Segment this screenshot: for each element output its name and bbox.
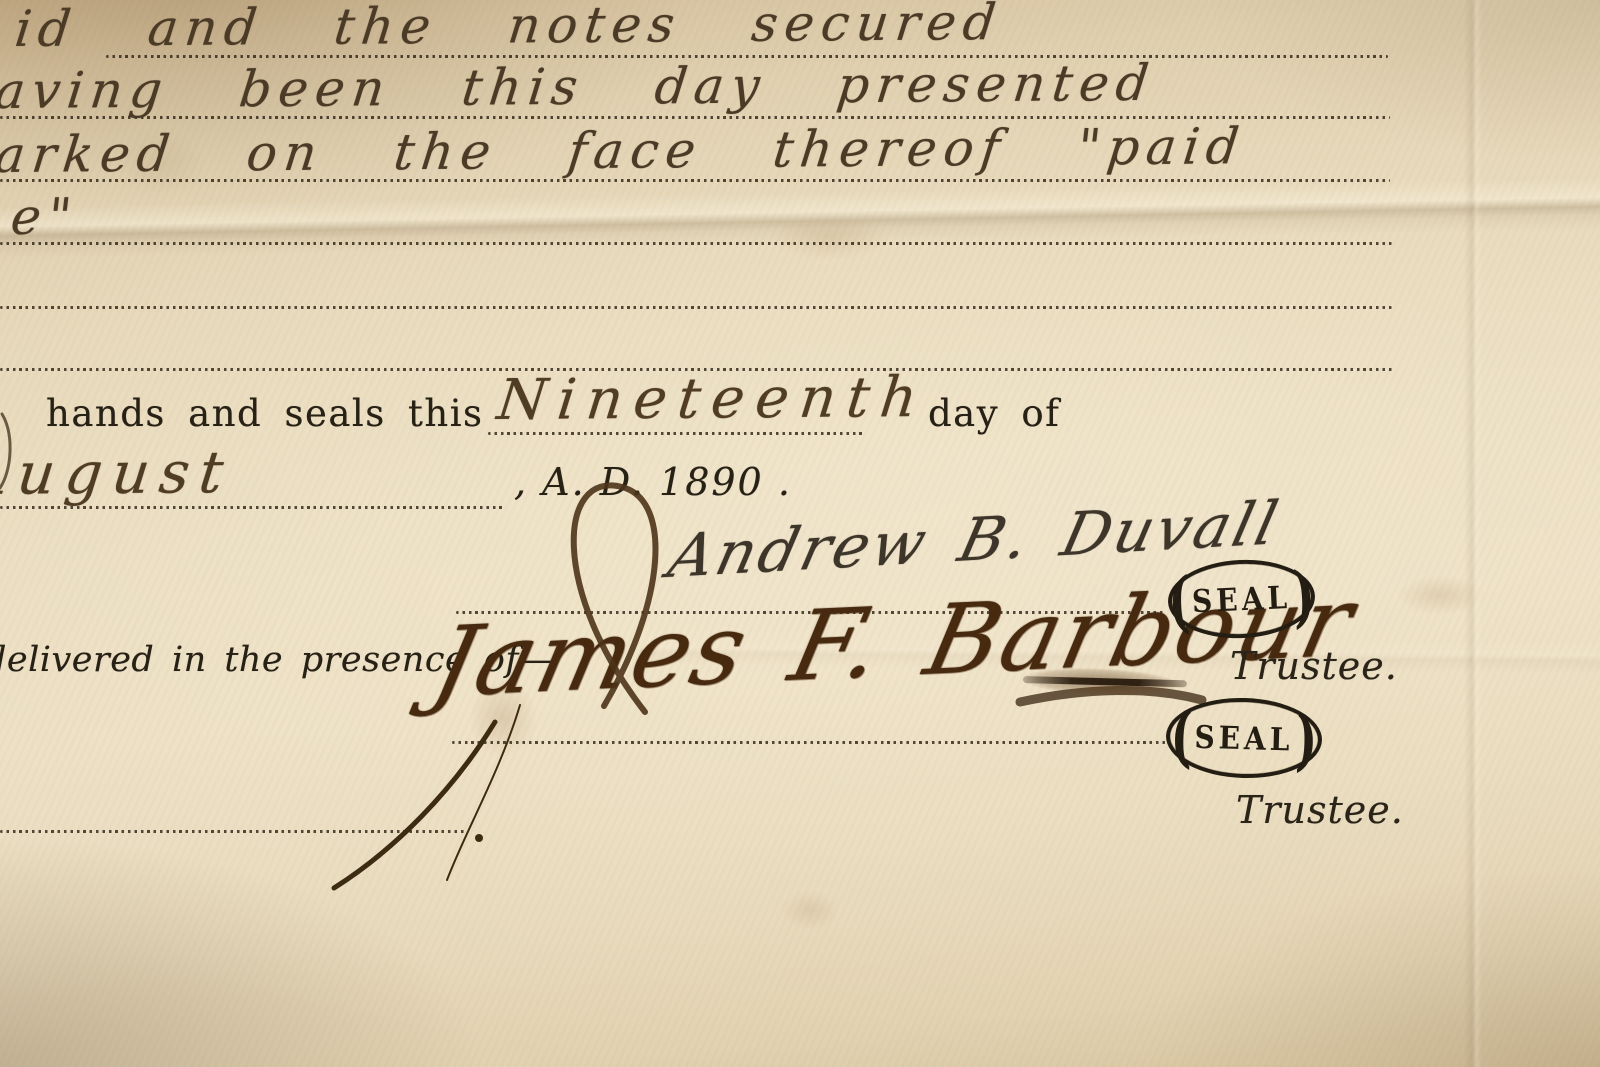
seal-right-arc: ) [1295, 706, 1319, 773]
seal-label: SEAL [1194, 718, 1294, 758]
seal-left-arc: ( [1167, 568, 1192, 636]
seal-stamp-1: ( SEAL ) [1166, 557, 1316, 641]
seal-right-arc: ) [1291, 562, 1316, 630]
trustee-title-1: Trustee. [1230, 644, 1398, 688]
handwritten-line-3: arked on the face thereof "paid [0, 117, 1249, 184]
ruled-dotted-line [0, 306, 1392, 309]
ruled-dotted-line [0, 242, 1392, 245]
document-photo: id and the notes secured aving been this… [0, 0, 1600, 1067]
seal-label: SEAL [1191, 578, 1292, 619]
date-text: , A. D. 1890 . [514, 460, 792, 504]
day-of-text: day of [928, 392, 1060, 435]
witness-signature-dotted-line [0, 830, 466, 833]
handwritten-line-2: aving been this day presented [0, 54, 1159, 120]
seal-left-arc: ( [1170, 703, 1194, 770]
signature-dotted-line-2 [452, 741, 1166, 744]
handwritten-line-1: id and the notes secured [12, 0, 1006, 58]
horizontal-fold-crease [0, 177, 1600, 259]
handwritten-day-word: Nineteenth [494, 365, 931, 433]
handwritten-line-4: e" [8, 188, 81, 246]
execution-clause-text: hands and seals this [46, 392, 484, 435]
trustee-title-2: Trustee. [1236, 788, 1404, 832]
paper-stain [780, 890, 840, 930]
handwritten-month-word: August [0, 438, 237, 508]
seal-stamp-2: ( SEAL ) [1165, 696, 1323, 780]
vertical-fold-crease [1464, 0, 1482, 1067]
